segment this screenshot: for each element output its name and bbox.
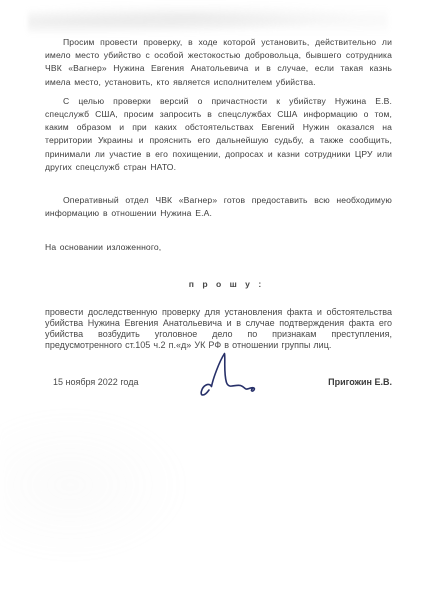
paragraph-wagner-info: Оперативный отдел ЧВК «Вагнер» готов пре… — [45, 194, 392, 220]
document-date: 15 ноября 2022 года — [53, 377, 138, 387]
scan-artifact — [28, 4, 388, 34]
signatory-name: Пригожин Е.В. — [328, 377, 392, 387]
request-heading: п р о ш у : — [45, 278, 392, 291]
scan-artifact — [0, 400, 200, 570]
document-body: Просим провести проверку, в ходе которой… — [45, 36, 392, 419]
paragraph-request-action: провести доследственную проверку для уст… — [45, 307, 392, 351]
signature-autograph-icon — [191, 349, 267, 409]
paragraph-usa-inquiry: С целью проверки версий о причастности к… — [45, 95, 392, 174]
signature-block: 15 ноября 2022 года Пригожин Е.В. — [45, 363, 392, 419]
document-page: Просим провести проверку, в ходе которой… — [0, 0, 424, 600]
paragraph-request-check: Просим провести проверку, в ходе которой… — [45, 36, 392, 89]
basis-line: На основании изложенного, — [45, 241, 392, 254]
